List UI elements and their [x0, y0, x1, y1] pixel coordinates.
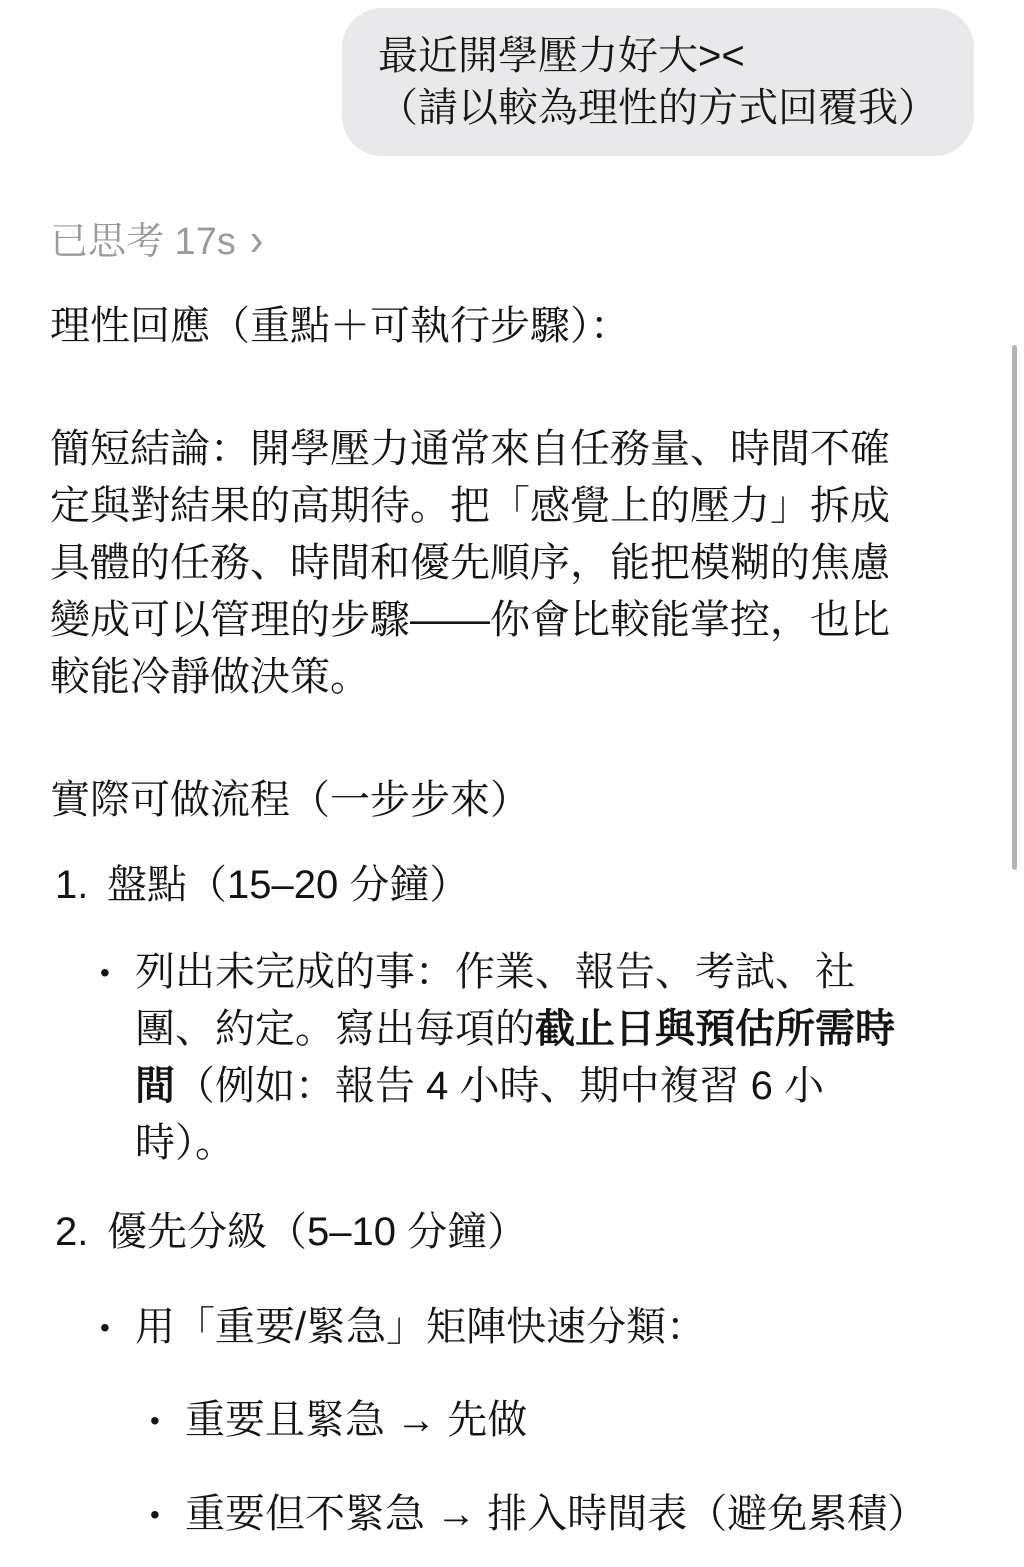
thinking-label: 已思考 17s [50, 220, 236, 264]
nested-bullet-list-item: •重要但不緊急 → 排入時間表（避免累積） [150, 1486, 1024, 1543]
text-segment: 理性回應（重點＋可執行步驟）： [50, 304, 630, 348]
list-number: 1. [55, 857, 107, 914]
nested-bullet-list-item: •重要且緊急 → 先做 [150, 1392, 1024, 1449]
text-line: 具體的任務、時間和優先順序，能把模糊的焦慮 [50, 535, 1024, 592]
text-line: 用「重要/緊急」矩陣快速分類： [135, 1299, 706, 1356]
text-line: 列出未完成的事：作業、報告、考試、社 [135, 944, 895, 1001]
user-message-row: 最近開學壓力好大>< （請以較為理性的方式回覆我） [0, 0, 1024, 156]
text-segment: 團、約定。寫出每項的 [135, 1007, 535, 1051]
text-segment: 列出未完成的事：作業、報告、考試、社 [135, 950, 855, 994]
bold-text-segment: 截止日與預估所需時 [535, 1007, 895, 1051]
text-line: 時）。 [135, 1115, 895, 1172]
text-segment: 重要且緊急 → 先做 [185, 1398, 527, 1442]
text-line: 定與對結果的高期待。把「感覺上的壓力」拆成 [50, 478, 1024, 535]
paragraph-block: 簡短結論：開學壓力通常來自任務量、時間不確定與對結果的高期待。把「感覺上的壓力」… [50, 421, 1024, 706]
text-lines: 重要但不緊急 → 排入時間表（避免累積） [185, 1486, 927, 1543]
bullet-list-item: •用「重要/緊急」矩陣快速分類： [100, 1299, 1024, 1356]
text-line: 優先分級（5–10 分鐘） [107, 1204, 527, 1261]
scrollbar-thumb[interactable] [1012, 345, 1017, 870]
chevron-right-icon: › [250, 217, 263, 263]
text-segment: 較能冷靜做決策。 [50, 655, 370, 699]
user-message-line: 最近開學壓力好大>< [378, 30, 938, 82]
assistant-message: 理性回應（重點＋可執行步驟）：簡短結論：開學壓力通常來自任務量、時間不確定與對結… [0, 298, 1024, 1543]
text-segment: 具體的任務、時間和優先順序，能把模糊的焦慮 [50, 541, 890, 585]
text-segment: 重要但不緊急 → 排入時間表（避免累積） [185, 1492, 927, 1536]
text-line: 較能冷靜做決策。 [50, 649, 1024, 706]
bullet-dot-icon: • [100, 944, 135, 1172]
text-line: 簡短結論：開學壓力通常來自任務量、時間不確 [50, 421, 1024, 478]
bullet-dot-icon: • [150, 1392, 185, 1449]
text-line: 重要但不緊急 → 排入時間表（避免累積） [185, 1486, 927, 1543]
text-lines: 優先分級（5–10 分鐘） [107, 1204, 527, 1261]
text-segment: （例如：報告 4 小時、期中複習 6 小 [175, 1064, 824, 1108]
text-lines: 盤點（15–20 分鐘） [107, 857, 469, 914]
bullet-dot-icon: • [100, 1299, 135, 1356]
paragraph-block: 理性回應（重點＋可執行步驟）： [50, 298, 1024, 355]
text-lines: 用「重要/緊急」矩陣快速分類： [135, 1299, 706, 1356]
thinking-toggle[interactable]: 已思考 17s › [50, 220, 263, 264]
user-message-line: （請以較為理性的方式回覆我） [378, 82, 938, 134]
text-segment: 變成可以管理的步驟——你會比較能掌控，也比 [50, 598, 890, 642]
bullet-dot-icon: • [150, 1486, 185, 1543]
text-segment: 用「重要/緊急」矩陣快速分類： [135, 1305, 706, 1349]
text-lines: 實際可做流程（一步步來） [50, 772, 1024, 829]
text-lines: 列出未完成的事：作業、報告、考試、社團、約定。寫出每項的截止日與預估所需時間（例… [135, 944, 895, 1172]
user-bubble: 最近開學壓力好大>< （請以較為理性的方式回覆我） [342, 8, 974, 156]
text-segment: 時）。 [135, 1121, 235, 1165]
text-line: 實際可做流程（一步步來） [50, 772, 1024, 829]
text-line: 盤點（15–20 分鐘） [107, 857, 469, 914]
chat-screen: 最近開學壓力好大>< （請以較為理性的方式回覆我） 已思考 17s › 理性回應… [0, 0, 1024, 1567]
text-lines: 簡短結論：開學壓力通常來自任務量、時間不確定與對結果的高期待。把「感覺上的壓力」… [50, 421, 1024, 706]
list-number: 2. [55, 1204, 107, 1261]
bold-text-segment: 間 [135, 1064, 175, 1108]
text-line: 重要且緊急 → 先做 [185, 1392, 527, 1449]
text-line: 理性回應（重點＋可執行步驟）： [50, 298, 1024, 355]
bullet-list-item: •列出未完成的事：作業、報告、考試、社團、約定。寫出每項的截止日與預估所需時間（… [100, 944, 1024, 1172]
text-line: 團、約定。寫出每項的截止日與預估所需時 [135, 1001, 895, 1058]
text-segment: 簡短結論：開學壓力通常來自任務量、時間不確 [50, 427, 890, 471]
numbered-list-item: 1.盤點（15–20 分鐘） [55, 857, 1024, 914]
text-segment: 優先分級（5–10 分鐘） [107, 1210, 527, 1254]
text-lines: 理性回應（重點＋可執行步驟）： [50, 298, 1024, 355]
text-segment: 盤點（15–20 分鐘） [107, 863, 469, 907]
text-line: 變成可以管理的步驟——你會比較能掌控，也比 [50, 592, 1024, 649]
text-line: 間（例如：報告 4 小時、期中複習 6 小 [135, 1058, 895, 1115]
text-segment: 實際可做流程（一步步來） [50, 778, 530, 822]
paragraph-block: 實際可做流程（一步步來） [50, 772, 1024, 829]
text-lines: 重要且緊急 → 先做 [185, 1392, 527, 1449]
numbered-list-item: 2.優先分級（5–10 分鐘） [55, 1204, 1024, 1261]
text-segment: 定與對結果的高期待。把「感覺上的壓力」拆成 [50, 484, 890, 528]
